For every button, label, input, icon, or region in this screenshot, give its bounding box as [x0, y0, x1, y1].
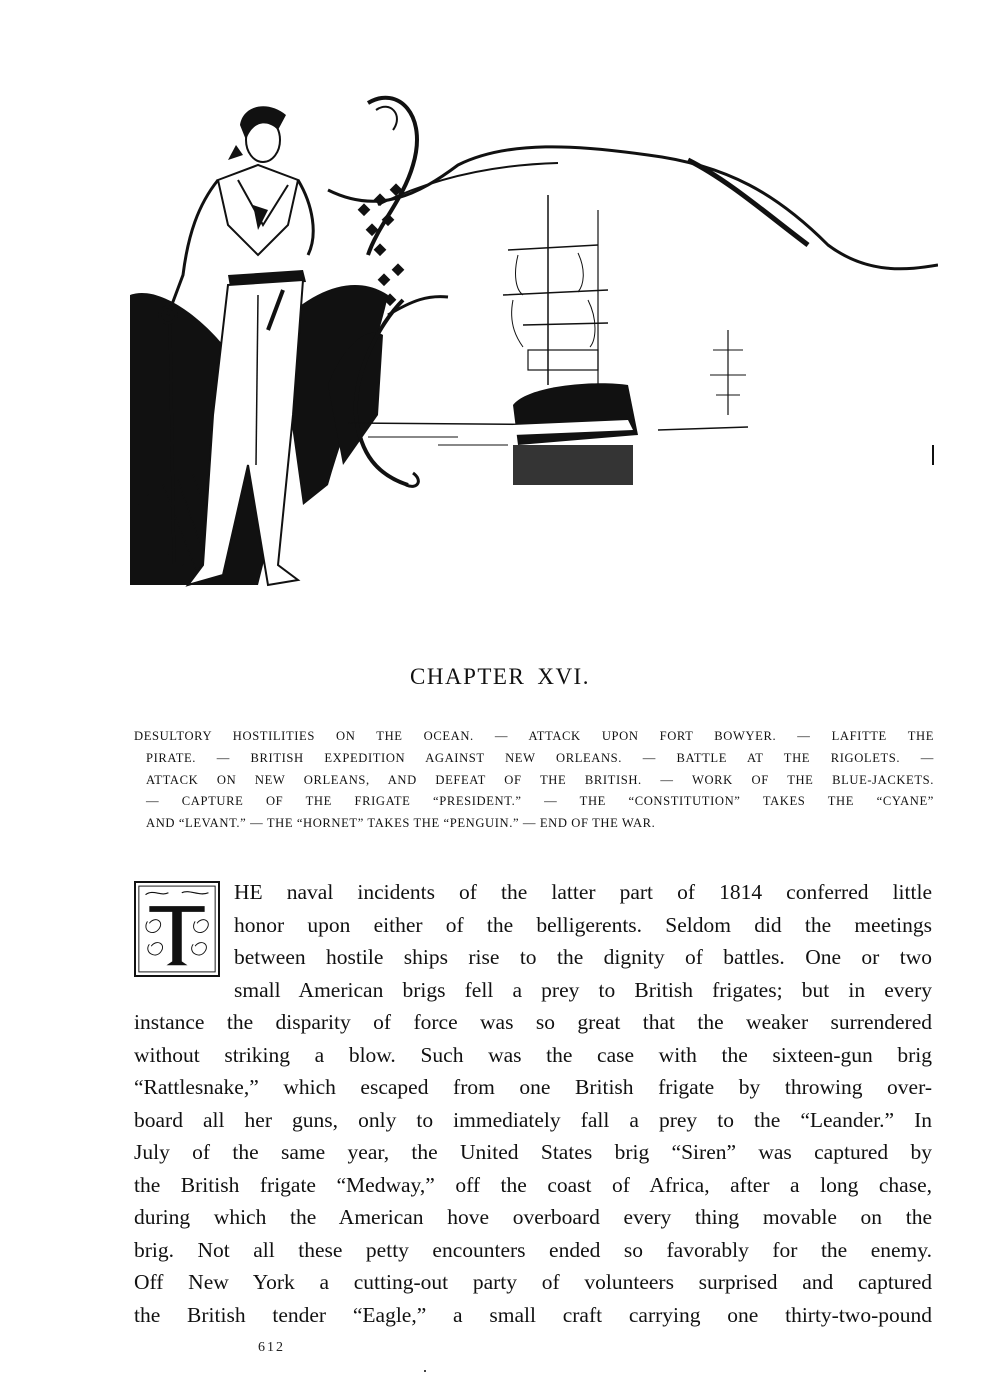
body-line: “Rattlesnake,” which escaped from one Br… — [134, 1071, 932, 1104]
summary-line: and “Levant.” — The “Hornet” takes the “… — [134, 813, 934, 835]
body-paragraph: HE naval incidents of the latter part of… — [134, 876, 932, 1331]
body-line: Off New York a cutting-out party of volu… — [134, 1266, 932, 1299]
summary-line: Pirate. — British Expedition against New… — [134, 748, 934, 770]
print-speck — [424, 1370, 426, 1372]
boat-with-sailors — [513, 383, 638, 485]
frigate-ship — [503, 195, 608, 385]
book-page: CHAPTERXVI. Desultory Hostilities on the… — [0, 0, 1000, 1400]
body-line: brig. Not all these petty encounters end… — [134, 1234, 932, 1267]
body-line: the British frigate “Medway,” off the co… — [134, 1169, 932, 1202]
body-line: without striking a blow. Such was the ca… — [134, 1039, 932, 1072]
body-line: honor upon either of the belligerents. S… — [134, 909, 932, 942]
body-line: the British tender “Eagle,” a small craf… — [134, 1299, 932, 1332]
body-line: during which the American hove overboard… — [134, 1201, 932, 1234]
summary-line: Attack on New Orleans, and Defeat of the… — [134, 770, 934, 792]
body-line: between hostile ships rise to the dignit… — [134, 941, 932, 974]
engraving-image — [128, 85, 938, 595]
summary-line: — Capture of the Frigate “President.” — … — [134, 791, 934, 813]
body-line: board all her guns, only to immediately … — [134, 1104, 932, 1137]
chapter-headpiece-illustration — [128, 85, 938, 595]
summary-line: Desultory Hostilities on the Ocean. — At… — [134, 726, 934, 748]
body-line: July of the same year, the United States… — [134, 1136, 932, 1169]
distant-ship — [710, 330, 746, 415]
chapter-summary: Desultory Hostilities on the Ocean. — At… — [134, 726, 934, 835]
body-line: HE naval incidents of the latter part of… — [134, 876, 932, 909]
body-line: small American brigs fell a prey to Brit… — [134, 974, 932, 1007]
page-number: 612 — [258, 1340, 285, 1356]
body-line: instance the disparity of force was so g… — [134, 1006, 932, 1039]
chapter-heading: CHAPTERXVI. — [0, 664, 1000, 690]
chapter-label: CHAPTER — [410, 664, 525, 689]
chapter-number: XVI. — [537, 664, 590, 689]
